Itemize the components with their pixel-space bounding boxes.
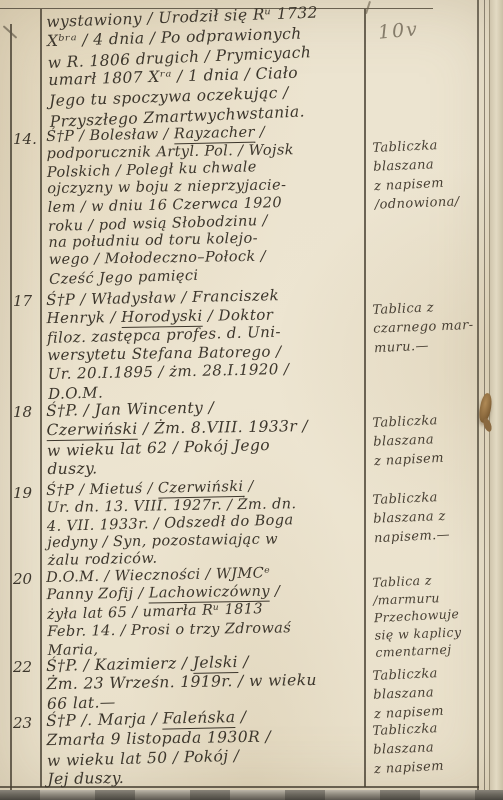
entry-inscription: Ś†P /. Marja / Faleńska /Zmarła 9 listop… (46, 705, 370, 790)
rule-number-column (40, 9, 42, 787)
handwritten-line: napisem.— (374, 524, 479, 548)
entry-plaque-note: Tabliczkablaszanaz napisem (372, 662, 478, 723)
entry-inscription: Ś†P / Bolesław / Rayzacher /podporucznik… (46, 122, 371, 288)
rule-left-margin (10, 24, 12, 790)
register-page-sheet: 10v wystawiony / Urodził się Rᵘ 1732Xᵇʳᵃ… (0, 0, 503, 800)
entry-number: 18 (13, 403, 40, 421)
handwritten-line: z napisem (374, 755, 479, 779)
entry-inscription: Ś†P. / Kazimierz / Jelski /Żm. 23 Wrześn… (46, 650, 369, 712)
entry-plaque-note: Tablica zczarnego mar-muru.— (372, 296, 478, 357)
handwritten-line: się w kaplicy (374, 622, 479, 643)
entry-inscription: Ś†P. / Jan Wincenty /Czerwiński / Żm. 8.… (46, 395, 370, 480)
entry-inscription: D.O.M. / Wieczności / WJMCᵉPanny Zofij /… (46, 562, 370, 660)
entry-inscription: Ś†P / Władysław / FranciszekHenryk / Hor… (46, 284, 370, 402)
scan-bottom-band (0, 790, 503, 800)
entry-number: 17 (13, 292, 40, 310)
entry-number: 22 (13, 658, 40, 676)
handwritten-line: muru.— (374, 334, 479, 358)
entry-inscription: Ś†P / Mietuś / Czerwiński /Ur. dn. 13. V… (46, 476, 370, 570)
handwritten-line: /odnowiona/ (375, 192, 480, 215)
handwritten-line: z napisem (374, 447, 479, 471)
entry-number: 23 (13, 714, 40, 732)
entry-number: 14. (13, 130, 40, 148)
folio-number: 10v (377, 18, 420, 43)
entry-number: 20 (13, 570, 40, 588)
entry-number: 19 (13, 484, 40, 502)
entry-plaque-note: Tabliczkablaszanaz napisem/odnowiona/ (372, 134, 479, 214)
top-fragment-text: wystawiony / Urodził się Rᵘ 1732Xᵇʳᵃ / 4… (46, 2, 372, 132)
rule-right-inner (477, 0, 479, 800)
entry-plaque-note: Tabliczkablaszana znapisem.— (372, 486, 478, 547)
entry-plaque-note: Tabliczkablaszanaz napisem (372, 409, 478, 470)
entry-plaque-note: Tablica z/marmuruPrzechowujesię w kaplic… (372, 569, 480, 661)
entry-plaque-note: Tabliczkablaszanaz napisem (372, 717, 478, 778)
